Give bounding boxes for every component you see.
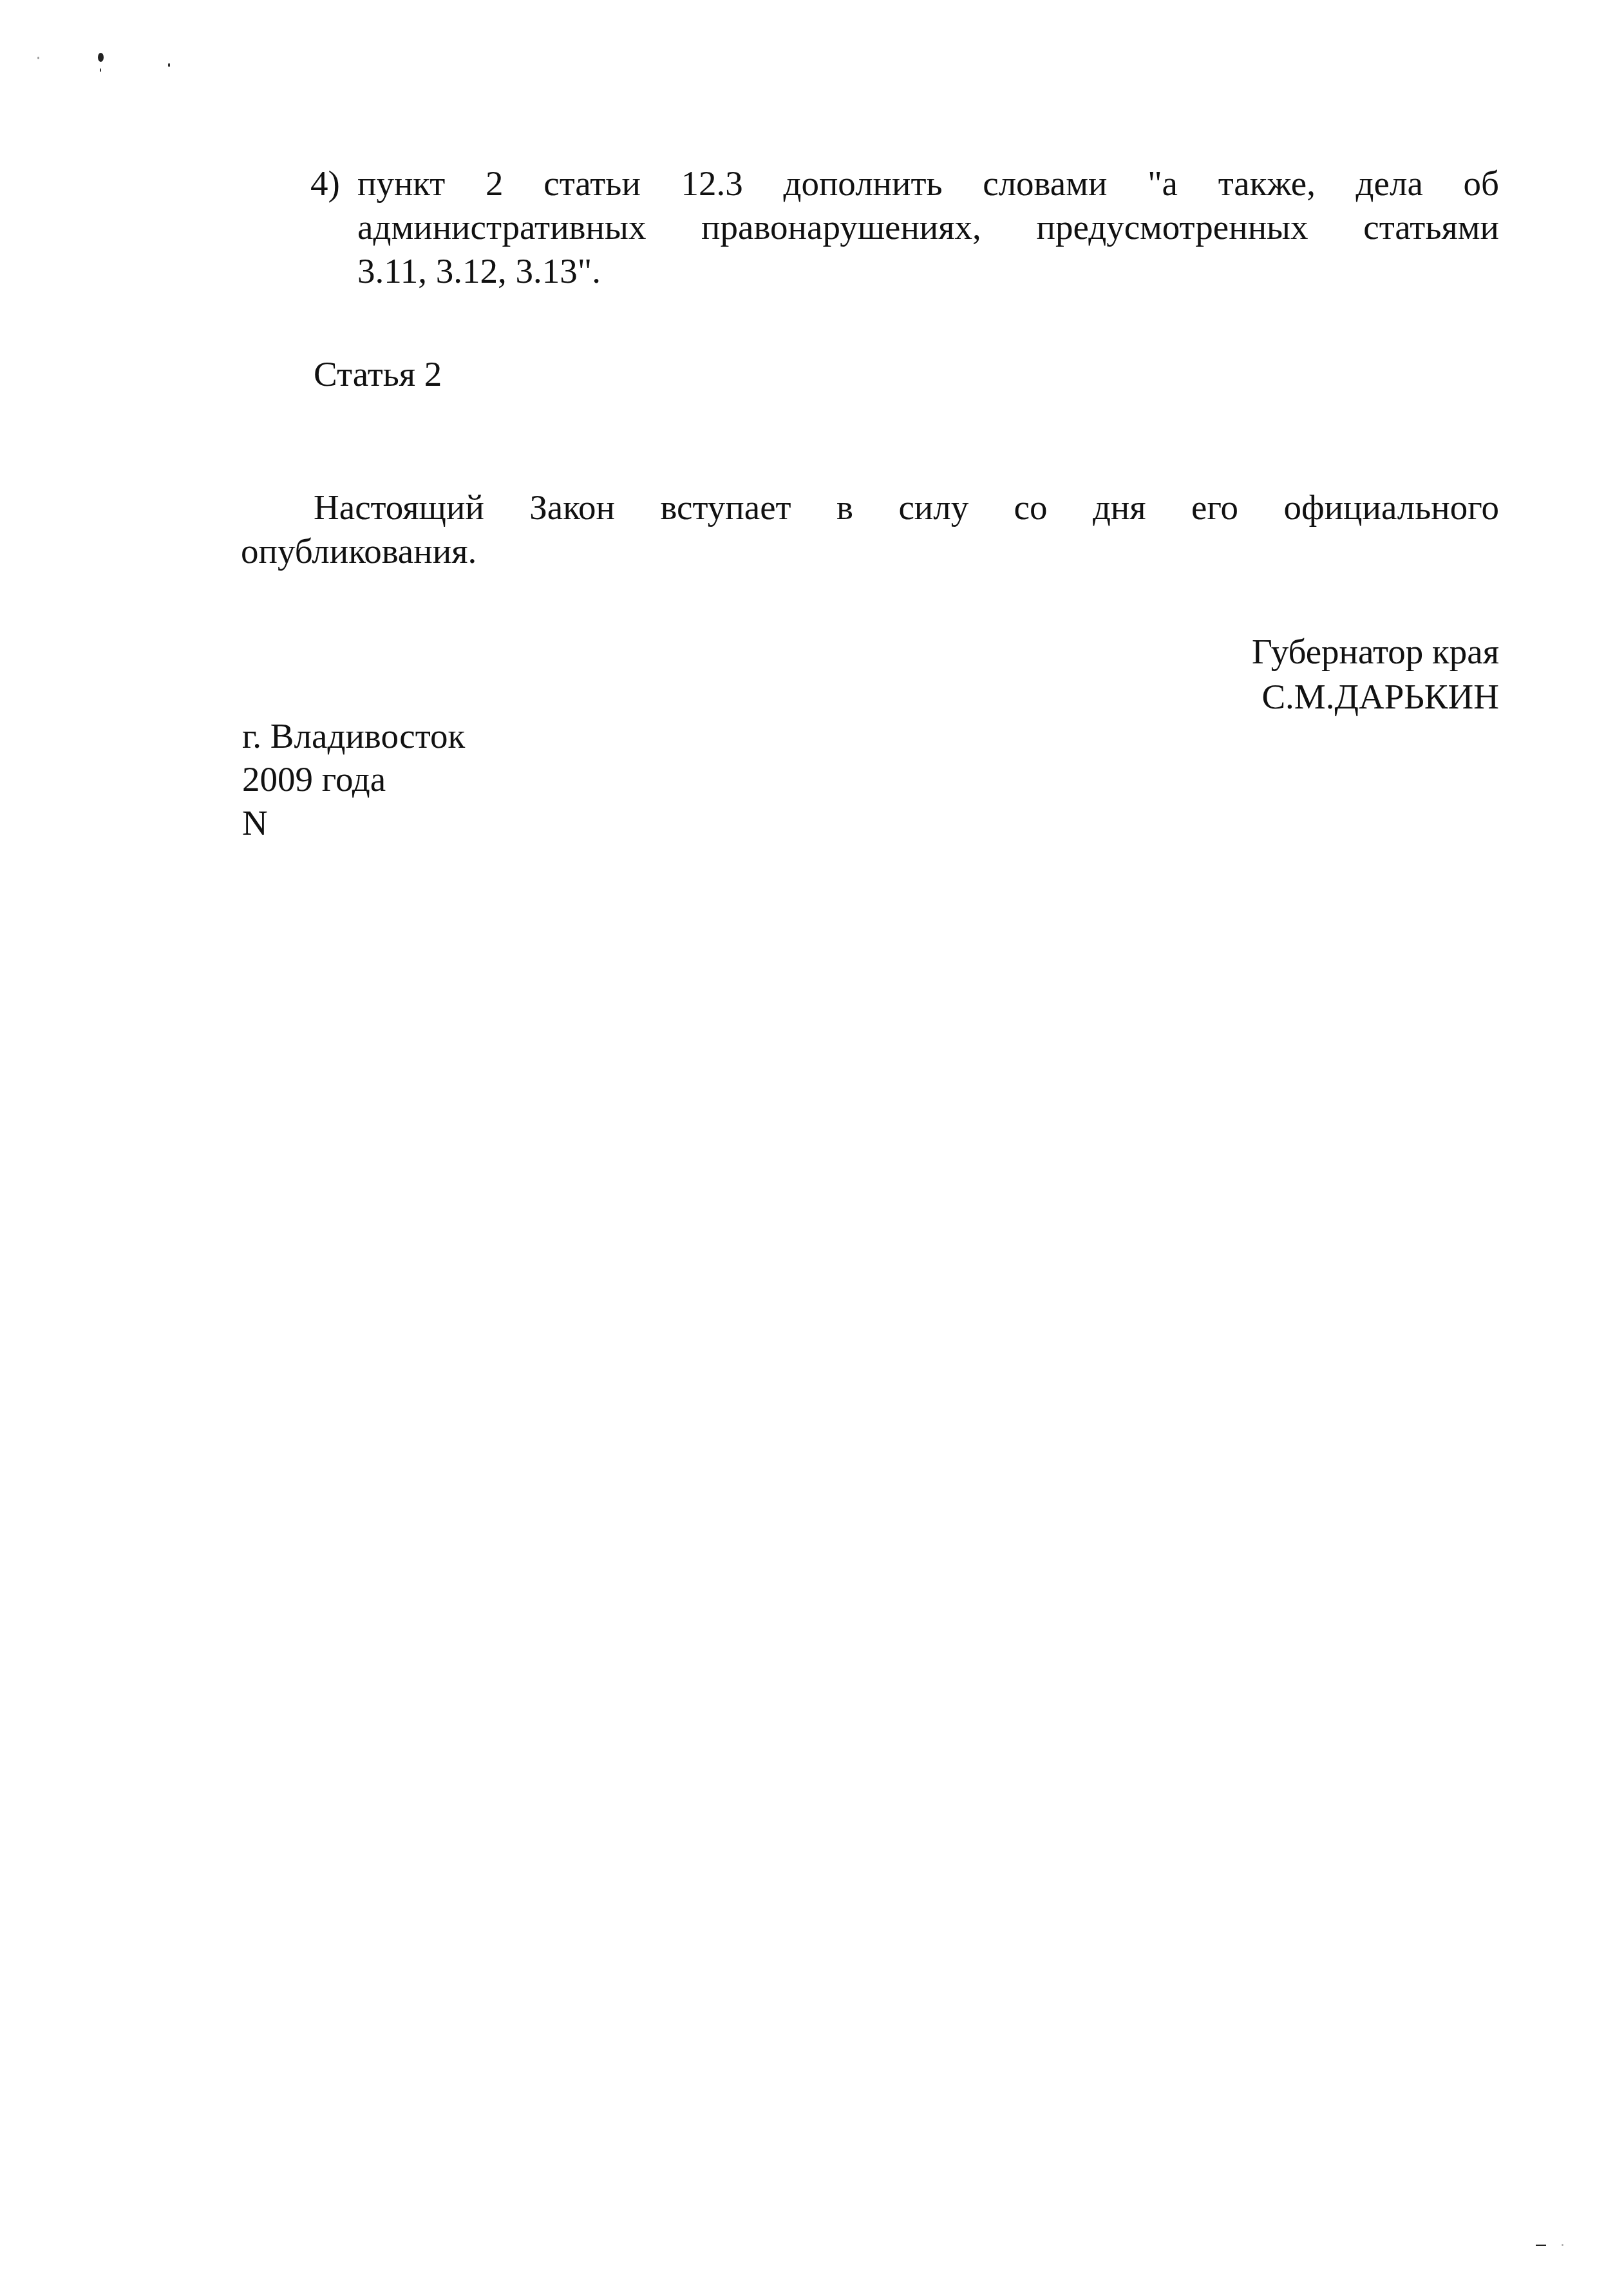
signature-title: Губернатор края <box>1252 630 1499 674</box>
scan-speck <box>100 68 101 72</box>
article-paragraph-line-1: Настоящий Закон вступает в силу со дня е… <box>314 486 1499 529</box>
article-paragraph-line-2: опубликования. <box>241 529 477 573</box>
scan-speck <box>1562 2244 1563 2246</box>
city: г. Владивосток <box>242 714 465 758</box>
document-number-label: N <box>242 801 268 845</box>
list-item-number: 4) <box>310 162 340 205</box>
scan-speck <box>98 53 104 62</box>
scan-speck <box>168 63 170 67</box>
document-page: 4) пункт 2 статьи 12.3 дополнить словами… <box>0 0 1624 2271</box>
article-heading: Статья 2 <box>314 352 442 396</box>
year: 2009 года <box>242 757 386 801</box>
signature-name: С.М.ДАРЬКИН <box>1261 675 1499 719</box>
item-4-line-2: административных правонарушениях, предус… <box>357 205 1499 249</box>
scan-speck <box>1536 2245 1546 2246</box>
scan-speck <box>37 57 39 59</box>
item-4-line-3: 3.11, 3.12, 3.13". <box>357 249 1499 293</box>
item-4-line-1: пункт 2 статьи 12.3 дополнить словами "а… <box>357 162 1499 205</box>
